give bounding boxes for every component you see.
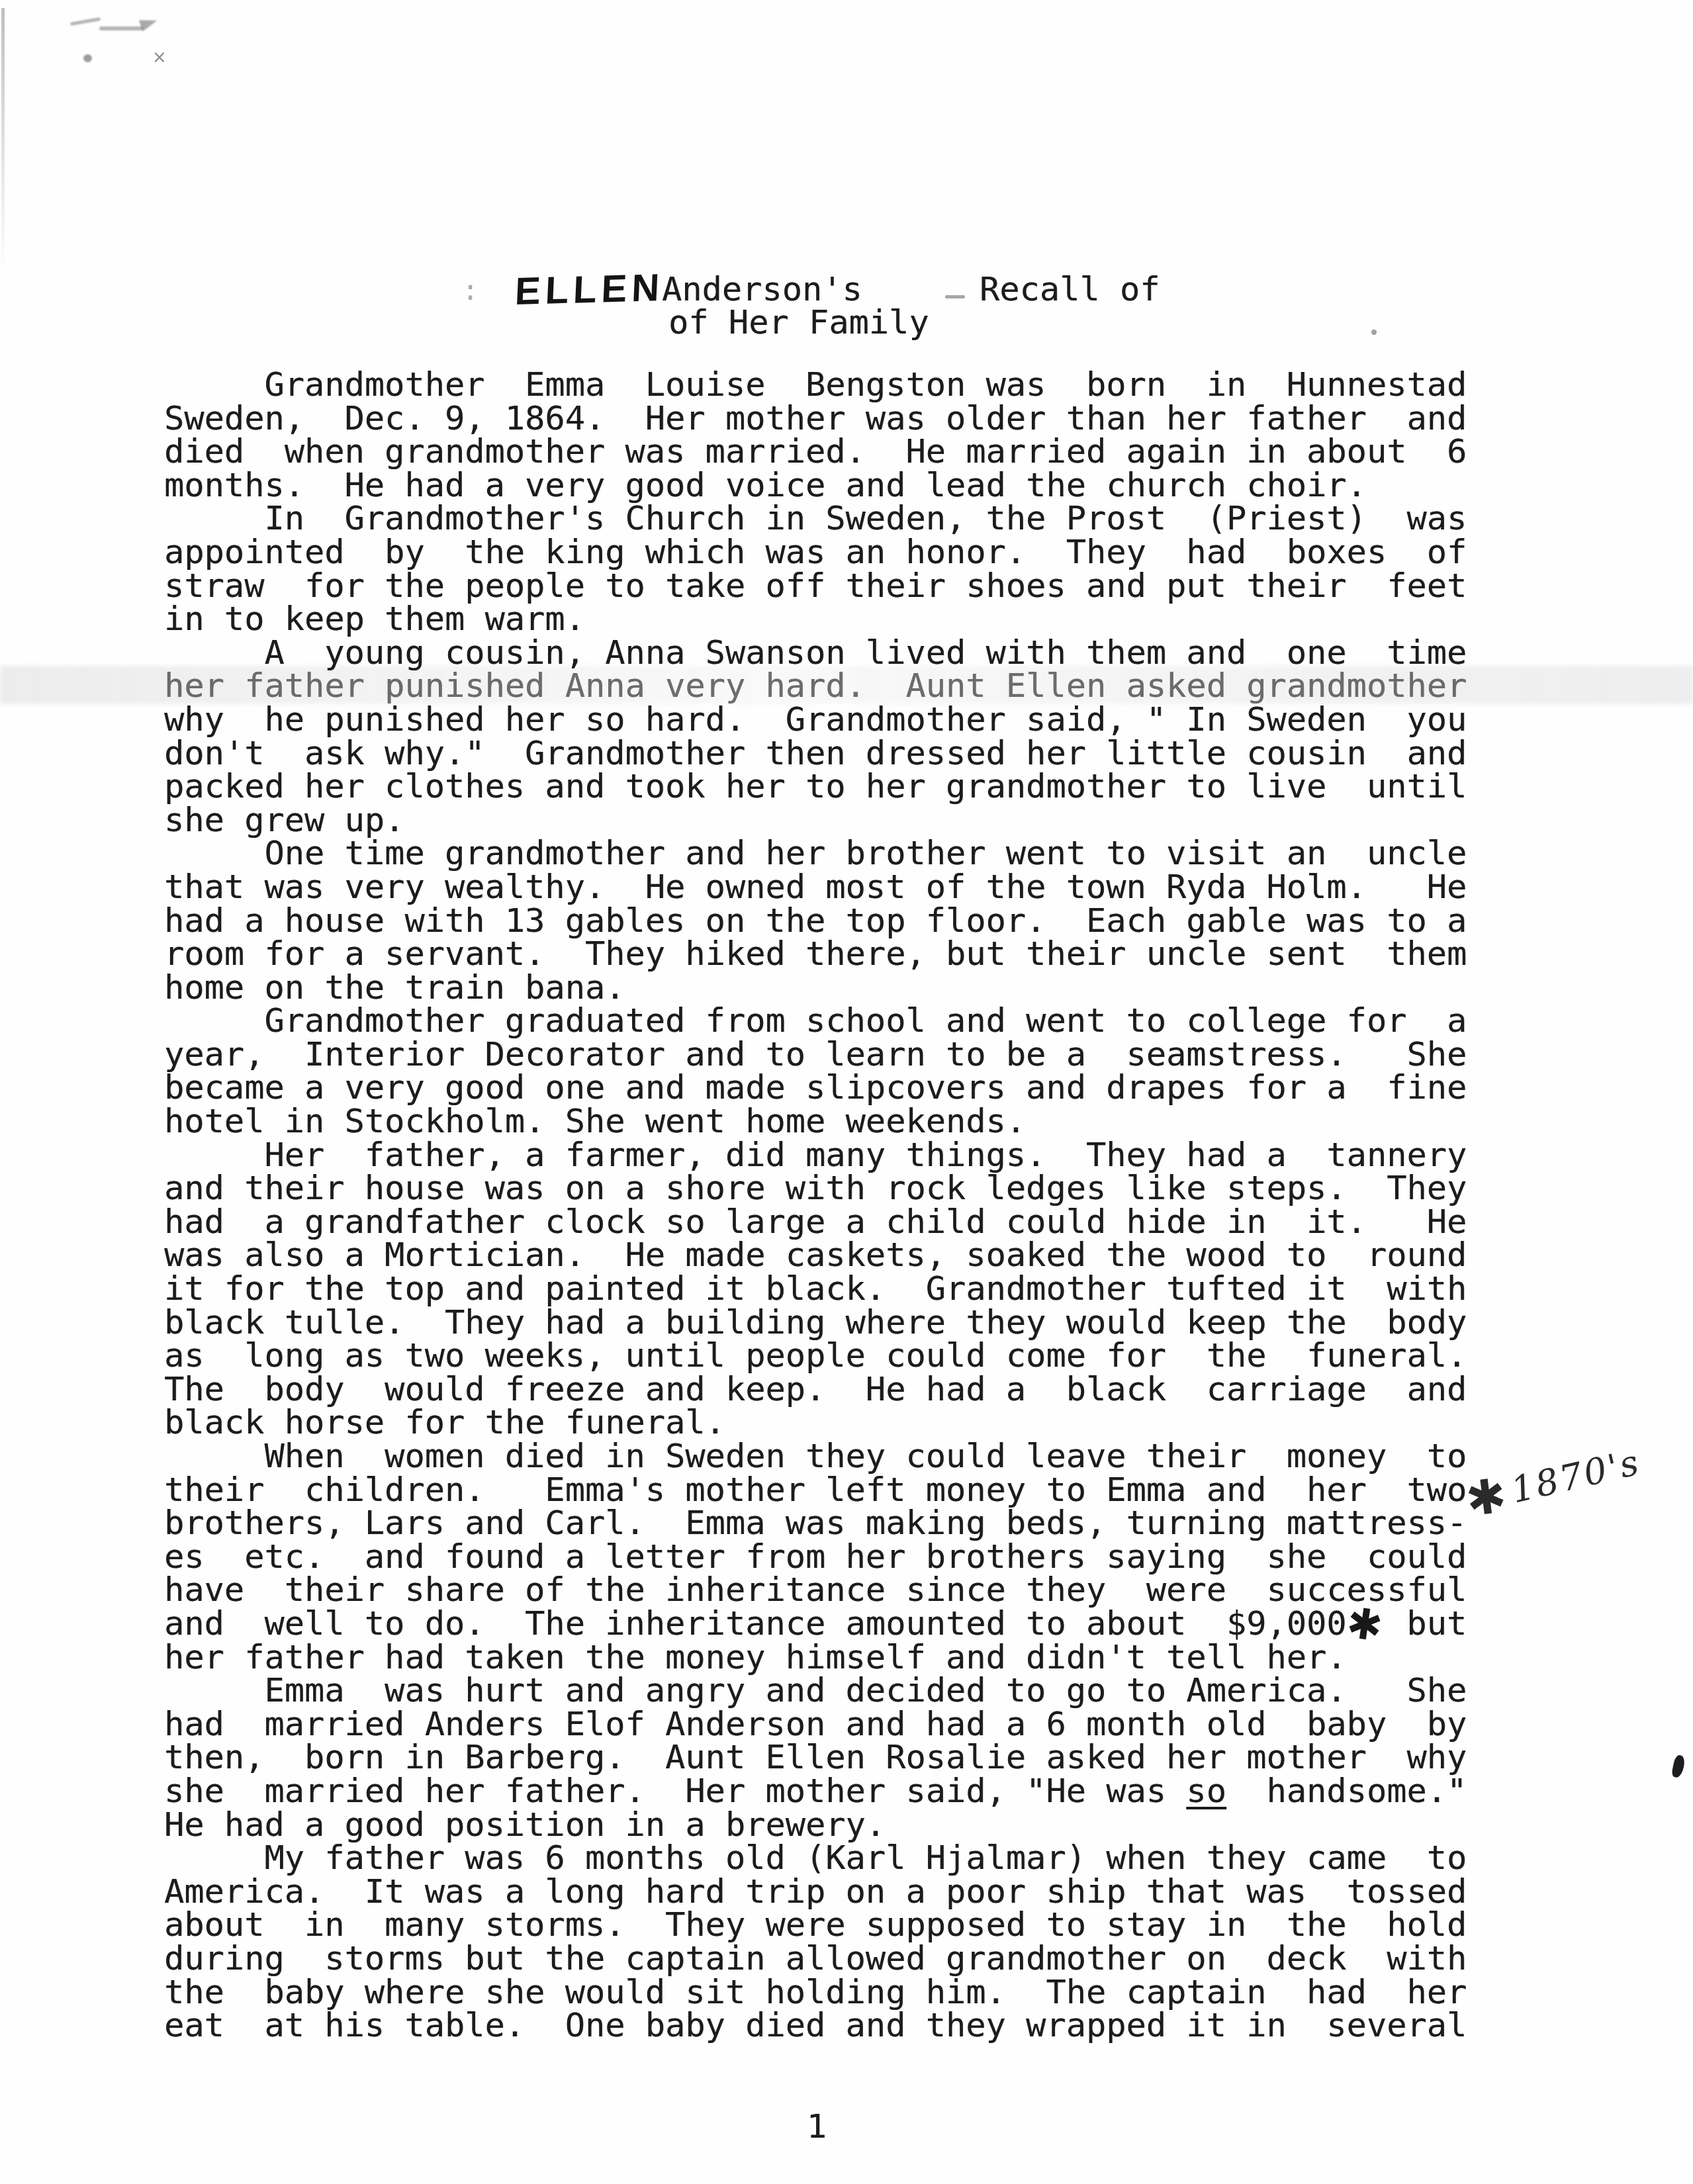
- text-line: she married her father. Her mother said,…: [164, 1774, 1467, 1808]
- text-line: it for the top and painted it black. Gra…: [164, 1272, 1467, 1306]
- text-line: was also a Mortician. He made caskets, s…: [164, 1238, 1467, 1272]
- hand-asterisk: ✱: [1347, 1623, 1367, 1625]
- text-line: brothers, Lars and Carl. Emma was making…: [164, 1506, 1467, 1540]
- text-segment: handsome.": [1226, 1771, 1467, 1810]
- scan-smudge-x: ×: [152, 48, 167, 68]
- text-line: Emma was hurt and angry and decided to g…: [164, 1674, 1467, 1707]
- text-line: eat at his table. One baby died and they…: [164, 2009, 1467, 2042]
- ink-mark: [1671, 1754, 1686, 1779]
- title-second-line: of Her Family: [668, 306, 929, 340]
- text-line: that was very wealthy. He owned most of …: [164, 870, 1467, 904]
- text-line: during storms but the captain allowed gr…: [164, 1942, 1467, 1976]
- margin-note-text: 1870's: [1508, 1444, 1643, 1508]
- title-stray-dash: [945, 295, 965, 298]
- handwritten-margin-note: ✱ 1870's: [1463, 1444, 1644, 1519]
- text-line: room for a servant. They hiked there, bu…: [164, 937, 1467, 971]
- paragraph: When women died in Sweden they could lea…: [164, 1439, 1467, 1674]
- text-line: she grew up.: [164, 803, 1467, 837]
- text-line: then, born in Barberg. Aunt Ellen Rosali…: [164, 1741, 1467, 1774]
- paragraph: A young cousin, Anna Swanson lived with …: [164, 636, 1467, 837]
- text-line: My father was 6 months old (Karl Hjalmar…: [164, 1841, 1467, 1875]
- title-stray-dot: [1371, 330, 1377, 335]
- text-segment: eat at his table. One baby died and they…: [164, 2005, 1467, 2044]
- scan-edge-shadow: [1, 8, 5, 273]
- text-line: about in many storms. They were supposed…: [164, 1908, 1467, 1942]
- text-line: her father had taken the money himself a…: [164, 1641, 1467, 1674]
- text-line: their children. Emma's mother left money…: [164, 1473, 1467, 1507]
- text-line: straw for the people to take off their s…: [164, 569, 1467, 603]
- text-line: months. He had a very good voice and lea…: [164, 469, 1467, 502]
- text-line: He had a good position in a brewery.: [164, 1808, 1467, 1842]
- text-line: became a very good one and made slipcove…: [164, 1071, 1467, 1105]
- paragraph: One time grandmother and her brother wen…: [164, 837, 1467, 1004]
- scan-smudge-dot: [83, 54, 92, 62]
- scan-smudge-stroke: [99, 26, 143, 30]
- page-number: 1: [164, 2110, 1469, 2144]
- text-line: black tulle. They had a building where t…: [164, 1306, 1467, 1340]
- text-line: had a grandfather clock so large a child…: [164, 1205, 1467, 1239]
- text-line: es etc. and found a letter from her brot…: [164, 1540, 1467, 1574]
- text-line: had married Anders Elof Anderson and had…: [164, 1707, 1467, 1741]
- text-line: When women died in Sweden they could lea…: [164, 1439, 1467, 1473]
- handwritten-name: ELLEN: [514, 268, 665, 312]
- text-line: Grandmother Emma Louise Bengston was bor…: [164, 368, 1467, 402]
- text-line: in to keep them warm.: [164, 602, 1467, 636]
- text-line: appointed by the king which was an honor…: [164, 535, 1467, 569]
- text-line: as long as two weeks, until people could…: [164, 1339, 1467, 1373]
- paragraph: Emma was hurt and angry and decided to g…: [164, 1674, 1467, 1841]
- text-line: have their share of the inheritance sinc…: [164, 1573, 1467, 1607]
- text-line: One time grandmother and her brother wen…: [164, 837, 1467, 870]
- text-line: In Grandmother's Church in Sweden, the P…: [164, 502, 1467, 535]
- text-line: Sweden, Dec. 9, 1864. Her mother was old…: [164, 402, 1467, 435]
- text-line: packed her clothes and took her to her g…: [164, 770, 1467, 803]
- text-segment: her father punished Anna very hard. Aunt…: [164, 666, 1467, 705]
- text-line: The body would freeze and keep. He had a…: [164, 1373, 1467, 1406]
- text-line: and their house was on a shore with rock…: [164, 1171, 1467, 1205]
- handwritten-asterisk: ✱: [1464, 1479, 1508, 1516]
- scan-smudge-stroke: [70, 17, 101, 26]
- text-line: hotel in Stockholm. She went home weeken…: [164, 1105, 1467, 1138]
- document-body: Grandmother Emma Louise Bengston was bor…: [164, 368, 1467, 2042]
- text-line: black horse for the funeral.: [164, 1406, 1467, 1439]
- text-line: year, Interior Decorator and to learn to…: [164, 1038, 1467, 1071]
- title-surname: Anderson's: [662, 273, 862, 306]
- text-line: A young cousin, Anna Swanson lived with …: [164, 636, 1467, 670]
- text-line: home on the train bana.: [164, 971, 1467, 1005]
- text-line: her father punished Anna very hard. Aunt…: [164, 669, 1467, 703]
- paragraph: Her father, a farmer, did many things. T…: [164, 1138, 1467, 1439]
- text-line: died when grandmother was married. He ma…: [164, 435, 1467, 469]
- paragraph: In Grandmother's Church in Sweden, the P…: [164, 502, 1467, 635]
- paragraph: My father was 6 months old (Karl Hjalmar…: [164, 1841, 1467, 2042]
- text-line: America. It was a long hard trip on a po…: [164, 1875, 1467, 1909]
- title-stray-mark: :: [462, 274, 479, 306]
- scan-smudge-mark: [139, 15, 159, 31]
- scanned-document-page: × : ELLEN Anderson's Recall of of Her Fa…: [0, 0, 1693, 2184]
- paragraph: Grandmother Emma Louise Bengston was bor…: [164, 368, 1467, 502]
- text-line: Her father, a farmer, did many things. T…: [164, 1138, 1467, 1172]
- title-recall: Recall of: [980, 273, 1160, 306]
- text-line: Grandmother graduated from school and we…: [164, 1004, 1467, 1038]
- paragraph: Grandmother graduated from school and we…: [164, 1004, 1467, 1138]
- text-line: had a house with 13 gables on the top fl…: [164, 904, 1467, 938]
- text-line: why he punished her so hard. Grandmother…: [164, 703, 1467, 737]
- underline: so: [1186, 1771, 1226, 1810]
- text-line: the baby where she would sit holding him…: [164, 1976, 1467, 2009]
- text-line: and well to do. The inheritance amounted…: [164, 1607, 1467, 1641]
- text-line: don't ask why." Grandmother then dressed…: [164, 737, 1467, 770]
